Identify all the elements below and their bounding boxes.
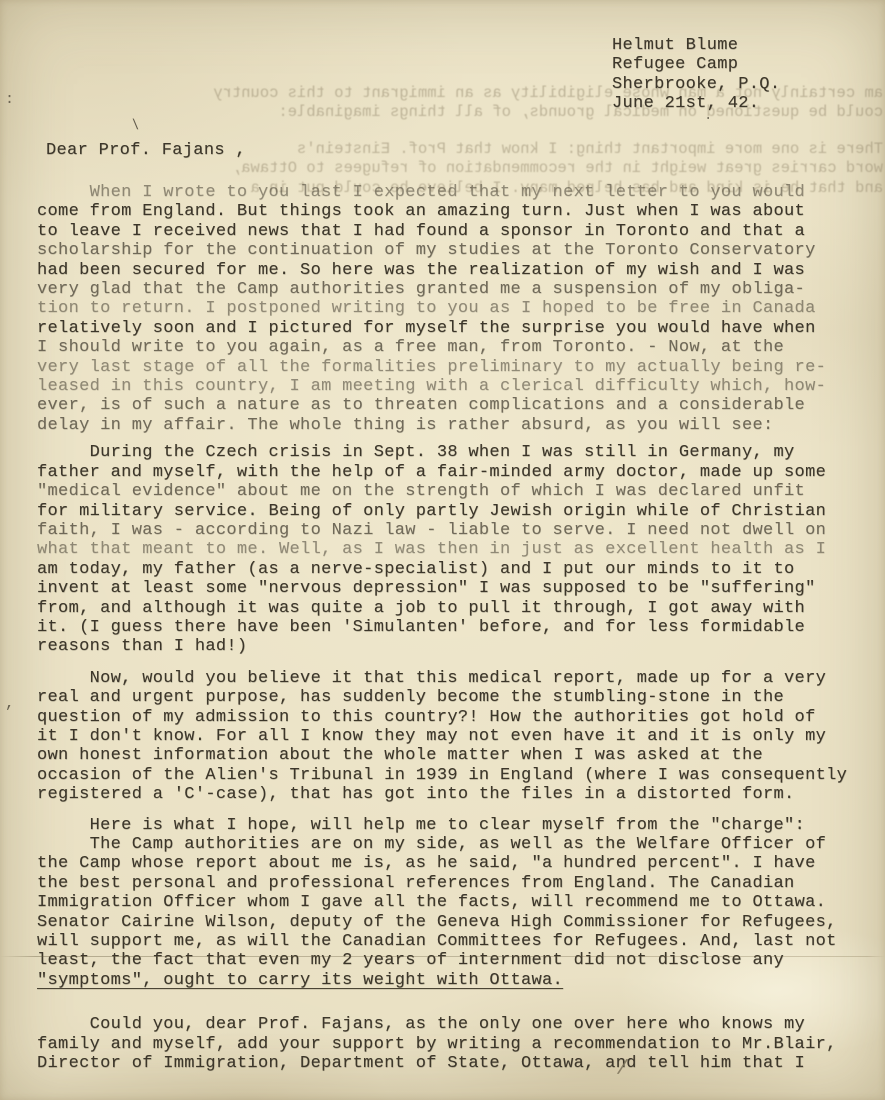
letter-line: "medical evidence" about me on the stren… bbox=[37, 482, 847, 501]
letter-line: "symptoms", ought to carry its weight wi… bbox=[37, 971, 847, 990]
letter-line: Director of Immigration, Department of S… bbox=[37, 1054, 847, 1073]
letter-page: am certainly not a man whose eligibility… bbox=[0, 0, 885, 1100]
letter-line: it. (I guess there have been 'Simulanten… bbox=[37, 618, 847, 637]
letter-line: During the Czech crisis in Sept. 38 when… bbox=[37, 443, 847, 462]
letter-line: The Camp authorities are on my side, as … bbox=[37, 835, 847, 854]
letter-line: will support me, as will the Canadian Co… bbox=[37, 932, 847, 951]
paragraph: Could you, dear Prof. Fajans, as the onl… bbox=[37, 1015, 847, 1073]
pencil-slash-mark: / bbox=[615, 1058, 629, 1082]
letter-line: Immigration Officer whom I gave all the … bbox=[37, 893, 847, 912]
letter-line: very glad that the Camp authorities gran… bbox=[37, 280, 847, 299]
letter-line: leased in this country, I am meeting wit… bbox=[37, 377, 847, 396]
stray-ink-mark: . bbox=[704, 108, 712, 124]
paragraph: Here is what I hope, will help me to cle… bbox=[37, 816, 847, 991]
letter-line: very last stage of all the formalities p… bbox=[37, 358, 847, 377]
stray-ink-mark: , bbox=[5, 694, 15, 712]
letter-line: to leave I received news that I had foun… bbox=[37, 222, 847, 241]
bleedthrough-line: could be questioned on medical grounds, … bbox=[223, 103, 883, 122]
sender-address-line: Sherbrooke, P.Q. bbox=[612, 75, 780, 94]
letter-line: from, and although it was quite a job to… bbox=[37, 599, 847, 618]
handwritten-tick-mark: \ bbox=[130, 118, 140, 135]
paragraph: During the Czech crisis in Sept. 38 when… bbox=[37, 443, 847, 656]
letter-line: invent at least some "nervous depression… bbox=[37, 579, 847, 598]
letter-line: come from England. But things took an am… bbox=[37, 202, 847, 221]
bleedthrough-line: There is one more important thing: I kno… bbox=[283, 140, 883, 159]
salutation: Dear Prof. Fajans , bbox=[46, 141, 246, 160]
bleedthrough-line: word carries great weight in the recomme… bbox=[283, 159, 883, 178]
sender-address-line: Refugee Camp bbox=[612, 55, 780, 74]
paragraph: When I wrote to you last I expected that… bbox=[37, 183, 847, 435]
letter-line: Could you, dear Prof. Fajans, as the onl… bbox=[37, 1015, 847, 1034]
letter-line: question of my admission to this country… bbox=[37, 708, 847, 727]
letter-line: family and myself, add your support by w… bbox=[37, 1035, 847, 1054]
letter-line: occasion of the Alien's Tribunal in 1939… bbox=[37, 766, 847, 785]
letter-line: real and urgent purpose, has suddenly be… bbox=[37, 688, 847, 707]
letter-line: When I wrote to you last I expected that… bbox=[37, 183, 847, 202]
letter-line: Senator Cairine Wilson, deputy of the Ge… bbox=[37, 913, 847, 932]
letter-line: had been secured for me. So here was the… bbox=[37, 261, 847, 280]
letter-line: ever, is of such a nature as to threaten… bbox=[37, 396, 847, 415]
letter-line: relatively soon and I pictured for mysel… bbox=[37, 319, 847, 338]
letter-line: father and myself, with the help of a fa… bbox=[37, 463, 847, 482]
letter-line: delay in my affair. The whole thing is r… bbox=[37, 416, 847, 435]
stray-ink-mark: : bbox=[5, 91, 14, 108]
paper-crease-line bbox=[0, 956, 885, 957]
letter-line: the Camp whose report about me is, as he… bbox=[37, 854, 847, 873]
letter-line: for military service. Being of only part… bbox=[37, 502, 847, 521]
letter-line: it I don't know. For all I know they may… bbox=[37, 727, 847, 746]
letter-line: Now, would you believe it that this medi… bbox=[37, 669, 847, 688]
letter-line: tion to return. I postponed writing to y… bbox=[37, 299, 847, 318]
letter-line: am today, my father (as a nerve-speciali… bbox=[37, 560, 847, 579]
letter-line: reasons than I had!) bbox=[37, 637, 847, 656]
letter-line: registered a 'C'-case), that has got int… bbox=[37, 785, 847, 804]
letter-line: scholarship for the continuation of my s… bbox=[37, 241, 847, 260]
letter-line: own honest information about the whole m… bbox=[37, 746, 847, 765]
bleedthrough-text-top: am certainly not a man whose eligibility… bbox=[223, 84, 883, 123]
letter-line: faith, I was - according to Nazi law - l… bbox=[37, 521, 847, 540]
sender-address-line: Helmut Blume bbox=[612, 36, 780, 55]
letter-body: When I wrote to you last I expected that… bbox=[37, 183, 847, 1073]
sender-address-line: June 21st, 42. bbox=[612, 94, 780, 113]
letter-line: what that meant to me. Well, as I was th… bbox=[37, 540, 847, 559]
sender-address-block: Helmut BlumeRefugee CampSherbrooke, P.Q.… bbox=[612, 36, 780, 114]
letter-line: I should write to you again, as a free m… bbox=[37, 338, 847, 357]
letter-line: Here is what I hope, will help me to cle… bbox=[37, 816, 847, 835]
letter-line: the best personal and professional refer… bbox=[37, 874, 847, 893]
paragraph: Now, would you believe it that this medi… bbox=[37, 669, 847, 805]
bleedthrough-line: am certainly not a man whose eligibility… bbox=[223, 84, 883, 103]
letter-line: least, the fact that even my 2 years of … bbox=[37, 951, 847, 970]
